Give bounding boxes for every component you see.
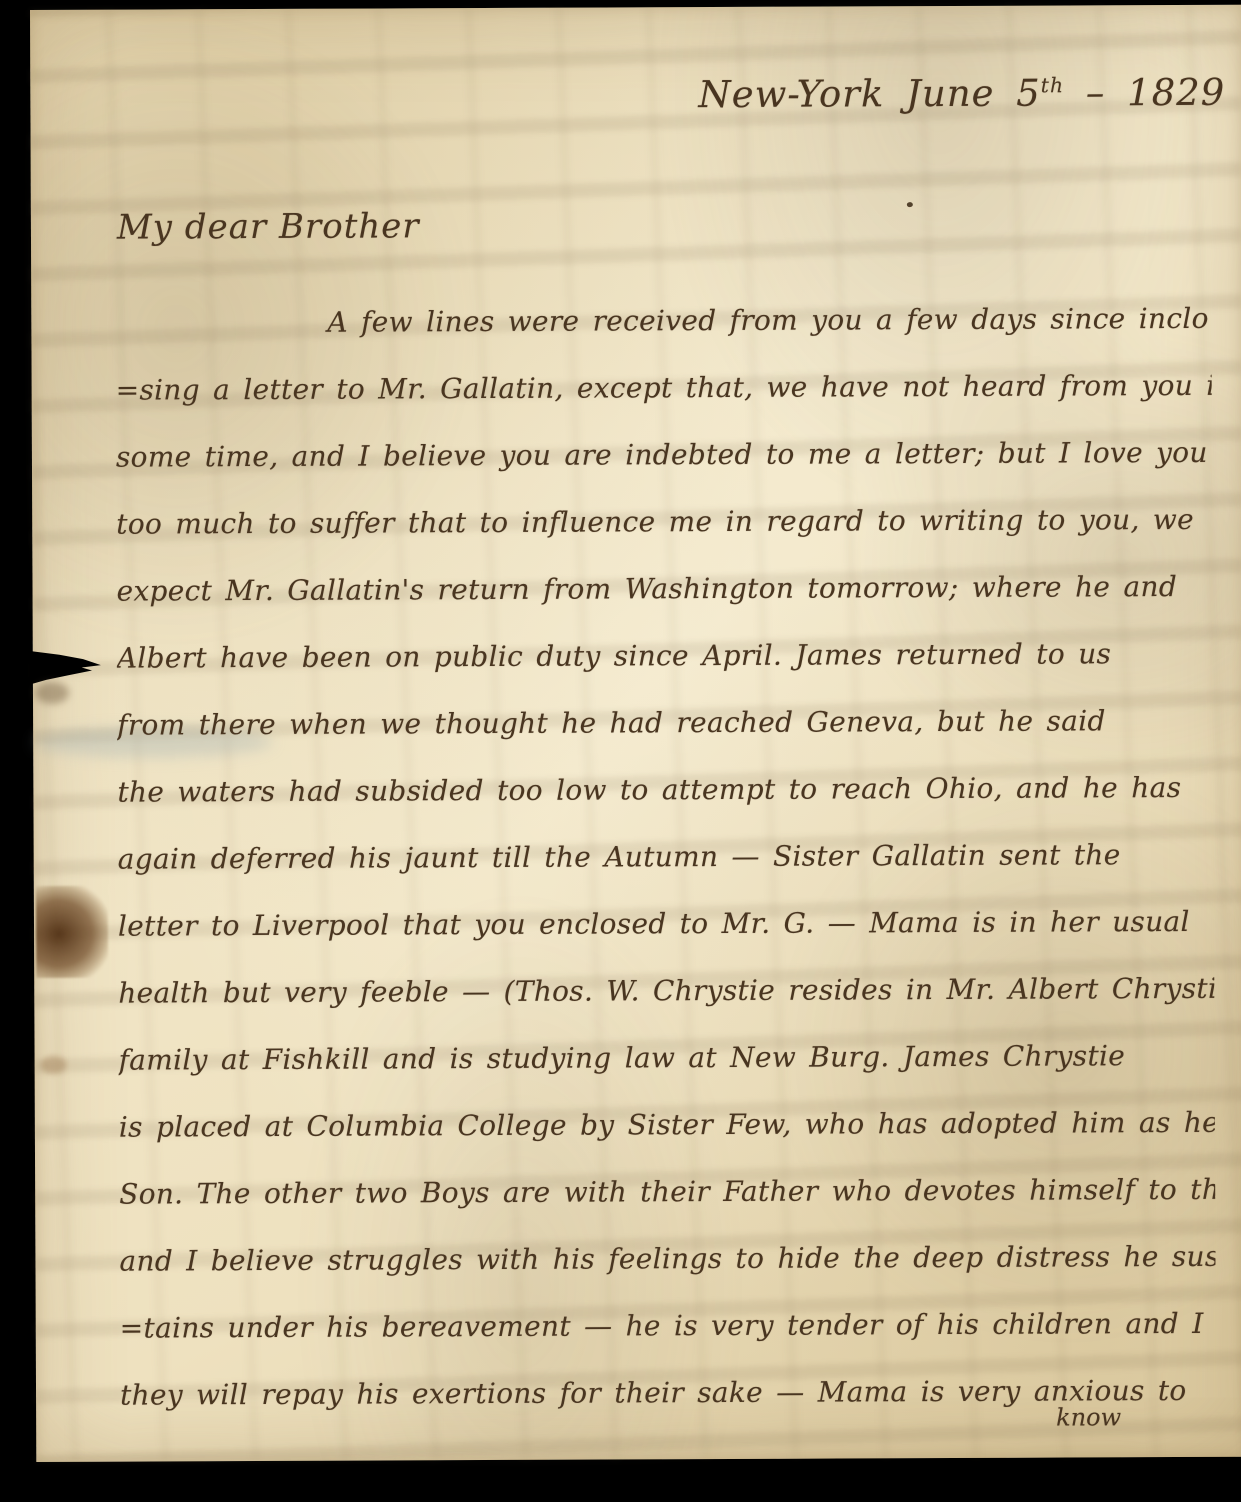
- letter-line: the waters had subsided too low to attem…: [117, 754, 1213, 826]
- letter-line: again deferred his jaunt till the Autumn…: [118, 821, 1214, 893]
- dateline: New-York June 5th – 1829 –: [698, 71, 1241, 116]
- ink-speck: [907, 202, 913, 207]
- letter-line: too much to suffer that to influence me …: [116, 486, 1212, 558]
- letter-line: is placed at Columbia College by Sister …: [119, 1089, 1215, 1161]
- letter-line: and I believe struggles with his feeling…: [119, 1223, 1215, 1295]
- dateline-ordinal: th: [1041, 73, 1064, 97]
- letter-line: health but very feeble — (Thos. W. Chrys…: [118, 955, 1214, 1027]
- catchword: know: [1056, 1403, 1121, 1431]
- letter-line: Albert have been on public duty since Ap…: [117, 620, 1213, 692]
- ink-blot-stain: [36, 886, 108, 978]
- letter-line: they will repay his exertions for their …: [120, 1357, 1216, 1429]
- letter-page: New-York June 5th – 1829 – My dear Broth…: [30, 5, 1241, 1462]
- letter-line: letter to Liverpool that you enclosed to…: [118, 888, 1214, 960]
- letter-line: =sing a letter to Mr. Gallatin, except t…: [116, 352, 1212, 424]
- letter-line: from there when we thought he had reache…: [117, 687, 1213, 759]
- letter-line: family at Fishkill and is studying law a…: [118, 1022, 1214, 1094]
- letter-body: A few lines were received from you a few…: [115, 285, 1216, 1429]
- dateline-year: – 1829 –: [1064, 71, 1241, 115]
- dateline-text: New-York June 5: [698, 72, 1041, 116]
- salutation: My dear Brother: [117, 206, 420, 247]
- small-stain: [41, 1056, 67, 1074]
- letter-line: Son. The other two Boys are with their F…: [119, 1156, 1215, 1228]
- paper-tear-shadow: [35, 682, 69, 704]
- letter-line: expect Mr. Gallatin's return from Washin…: [116, 553, 1212, 625]
- letter-line: =tains under his bereavement — he is ver…: [120, 1290, 1216, 1362]
- letter-line: some time, and I believe you are indebte…: [116, 419, 1212, 491]
- letter-line: A few lines were received from you a few…: [115, 285, 1211, 357]
